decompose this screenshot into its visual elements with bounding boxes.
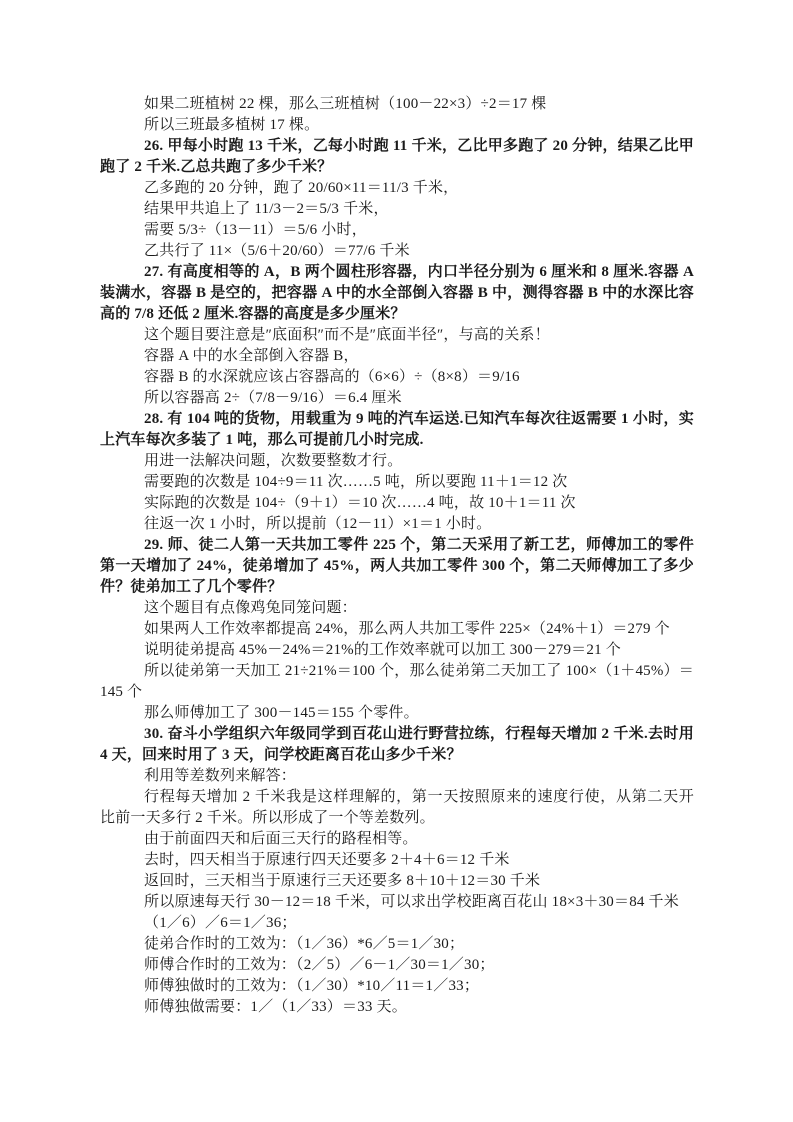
text-line: 实际跑的次数是 104÷（9＋1）＝10 次……4 吨，故 10＋1＝11 次 (100, 493, 694, 514)
text-line: 那么师傅加工了 300－145＝155 个零件。 (100, 703, 694, 724)
text-line: 去时，四天相当于原速行四天还要多 2＋4＋6＝12 千米 (100, 850, 694, 871)
text-line: 如果二班植树 22 棵，那么三班植树（100－22×3）÷2＝17 棵 (100, 94, 694, 115)
text-line: 29. 师、徒二人第一天共加工零件 225 个，第二天采用了新工艺，师傅加工的零… (100, 535, 694, 556)
text-line: 由于前面四天和后面三天行的路程相等。 (100, 829, 694, 850)
text-line: 所以容器高 2÷（7/8－9/16）＝6.4 厘米 (100, 388, 694, 409)
text-line: 所以三班最多植树 17 棵。 (100, 115, 694, 136)
text-line: 师傅合作时的工效为：（2／5）／6－1／30＝1／30； (100, 955, 694, 976)
text-line: 师傅独做时的工效为：（1／30）*10／11＝1／33； (100, 976, 694, 997)
text-line: 容器 A 中的水全部倒入容器 B， (100, 346, 694, 367)
text-line: 需要 5/3÷（13－11）＝5/6 小时， (100, 220, 694, 241)
text-line: 结果甲共追上了 11/3－2＝5/3 千米， (100, 199, 694, 220)
text-line: 乙共行了 11×（5/6＋20/60）＝77/6 千米 (100, 241, 694, 262)
text-line: 行程每天增加 2 千米我是这样理解的，第一天按照原来的速度行使，从第二天开始，都 (100, 787, 694, 808)
text-line: 所以原速每天行 30－12＝18 千米，可以求出学校距离百花山 18×3＋30＝… (100, 892, 694, 913)
text-line: 28. 有 104 吨的货物，用载重为 9 吨的汽车运送.已知汽车每次往返需要 … (100, 409, 694, 430)
text-line: 这个题目有点像鸡兔同笼问题： (100, 598, 694, 619)
text-line: 徒弟合作时的工效为：（1／36）*6／5＝1／30； (100, 934, 694, 955)
text-line: 往返一次 1 小时，所以提前（12－11）×1＝1 小时。 (100, 514, 694, 535)
text-line: 27. 有高度相等的 A，B 两个圆柱形容器，内口半径分别为 6 厘米和 8 厘… (100, 262, 694, 283)
text-line: 上汽车每次多装了 1 吨，那么可提前几小时完成. (100, 430, 694, 451)
text-line: 26. 甲每小时跑 13 千米，乙每小时跑 11 千米，乙比甲多跑了 20 分钟… (100, 136, 694, 157)
text-line: 4 天，回来时用了 3 天，问学校距离百花山多少千米？ (100, 745, 694, 766)
text-line: 返回时，三天相当于原速行三天还要多 8＋10＋12＝30 千米 (100, 871, 694, 892)
text-line: 容器 B 的水深就应该占容器高的（6×6）÷（8×8）＝9/16 (100, 367, 694, 388)
text-line: 第一天增加了 24%，徒弟增加了 45%，两人共加工零件 300 个，第二天师傅… (100, 556, 694, 577)
text-line: 说明徒弟提高 45%－24%＝21%的工作效率就可以加工 300－279＝21 … (100, 640, 694, 661)
text-line: 30. 奋斗小学组织六年级同学到百花山进行野营拉练，行程每天增加 2 千米.去时… (100, 724, 694, 745)
document-text-block: 如果二班植树 22 棵，那么三班植树（100－22×3）÷2＝17 棵所以三班最… (100, 94, 694, 1018)
text-line: 这个题目要注意是″底面积″而不是″底面半径″，与高的关系！ (100, 325, 694, 346)
text-line: 乙多跑的 20 分钟，跑了 20/60×11＝11/3 千米， (100, 178, 694, 199)
text-line: （1／6）／6＝1／36； (100, 913, 694, 934)
text-line: 所以徒弟第一天加工 21÷21%＝100 个，那么徒弟第二天加工了 100×（1… (100, 661, 694, 682)
text-line: 比前一天多行 2 千米。所以形成了一个等差数列。 (100, 808, 694, 829)
text-line: 如果两人工作效率都提高 24%，那么两人共加工零件 225×（24%＋1）＝27… (100, 619, 694, 640)
text-line: 用进一法解决问题，次数要整数才行。 (100, 451, 694, 472)
document-page: 如果二班植树 22 棵，那么三班植树（100－22×3）÷2＝17 棵所以三班最… (0, 0, 793, 1122)
text-line: 装满水，容器 B 是空的，把容器 A 中的水全部倒入容器 B 中，测得容器 B … (100, 283, 694, 304)
text-line: 件？徒弟加工了几个零件？ (100, 577, 694, 598)
text-line: 利用等差数列来解答： (100, 766, 694, 787)
text-line: 师傅独做需要：1／（1／33）＝33 天。 (100, 997, 694, 1018)
text-line: 需要跑的次数是 104÷9＝11 次……5 吨，所以要跑 11＋1＝12 次 (100, 472, 694, 493)
text-line: 跑了 2 千米.乙总共跑了多少千米？ (100, 157, 694, 178)
text-line: 145 个 (100, 682, 694, 703)
text-line: 高的 7/8 还低 2 厘米.容器的高度是多少厘米？ (100, 304, 694, 325)
